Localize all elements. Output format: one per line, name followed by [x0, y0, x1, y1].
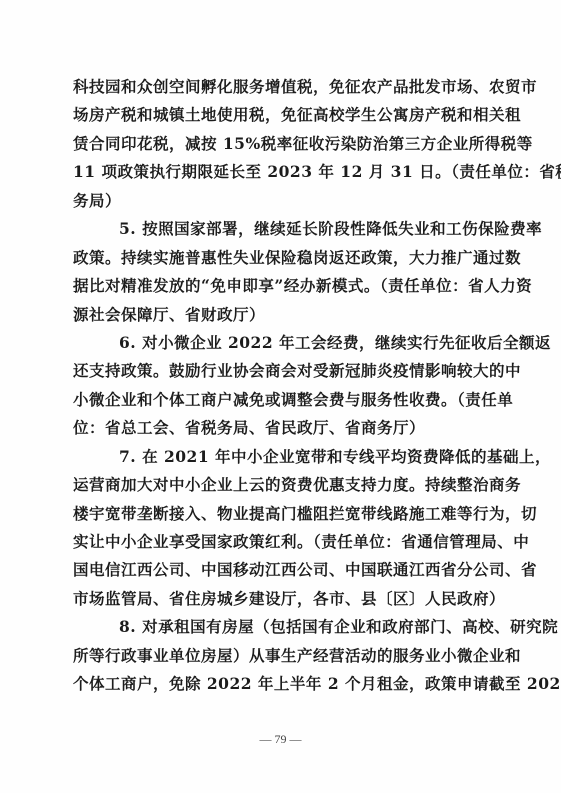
paragraph-7-start: 7. 在 2021 年中小企业宽带和专线平均资费降低的基础上， — [73, 443, 489, 471]
text-line: 源社会保障厅、省财政厅） — [73, 301, 489, 329]
text-line: 据比对精准发放的“免申即享”经办新模式。（责任单位：省人力资 — [73, 272, 489, 300]
text-line: 所等行政事业单位房屋）从事生产经营活动的服务业小微企业和 — [73, 642, 489, 670]
text-line: 实让中小企业享受国家政策红利。（责任单位：省通信管理局、中 — [73, 528, 489, 556]
text-line: 位：省总工会、省税务局、省民政厅、省商务厅） — [73, 414, 489, 442]
paragraph-8-start: 8. 对承租国有房屋（包括国有企业和政府部门、高校、研究院 — [73, 613, 489, 641]
text-line: 政策。持续实施普惠性失业保险稳岗返还政策，大力推广通过数 — [73, 244, 489, 272]
text-line: 小微企业和个体工商户减免或调整会费与服务性收费。（责任单 — [73, 386, 489, 414]
text-line: 科技园和众创空间孵化服务增值税，免征农产品批发市场、农贸市 — [73, 73, 489, 101]
text-line: 运营商加大对中小企业上云的资费优惠支持力度。持续整治商务 — [73, 471, 489, 499]
text-line: 国电信江西公司、中国移动江西公司、中国联通江西省分公司、省 — [73, 556, 489, 584]
page-number: — 79 — — [0, 732, 561, 747]
paragraph-5-start: 5. 按照国家部署，继续延长阶段性降低失业和工伤保险费率 — [73, 215, 489, 243]
body-text: 科技园和众创空间孵化服务增值税，免征农产品批发市场、农贸市 场房产税和城镇土地使… — [73, 73, 489, 699]
document-page: 科技园和众创空间孵化服务增值税，免征农产品批发市场、农贸市 场房产税和城镇土地使… — [0, 0, 561, 793]
text-line: 11 项政策执行期限延长至 2023 年 12 月 31 日。（责任单位：省税 — [73, 158, 489, 186]
text-line: 市场监管局、省住房城乡建设厅，各市、县〔区〕人民政府） — [73, 585, 489, 613]
text-line: 楼宇宽带垄断接入、物业提高门槛阻拦宽带线路施工难等行为，切 — [73, 500, 489, 528]
text-line: 务局） — [73, 187, 489, 215]
paragraph-6-start: 6. 对小微企业 2022 年工会经费，继续实行先征收后全额返 — [73, 329, 489, 357]
text-line: 个体工商户，免除 2022 年上半年 2 个月租金，政策申请截至 2022 — [73, 670, 489, 698]
text-line: 场房产税和城镇土地使用税，免征高校学生公寓房产税和相关租 — [73, 101, 489, 129]
text-line: 还支持政策。鼓励行业协会商会对受新冠肺炎疫情影响较大的中 — [73, 357, 489, 385]
text-line: 赁合同印花税，减按 15%税率征收污染防治第三方企业所得税等 — [73, 130, 489, 158]
